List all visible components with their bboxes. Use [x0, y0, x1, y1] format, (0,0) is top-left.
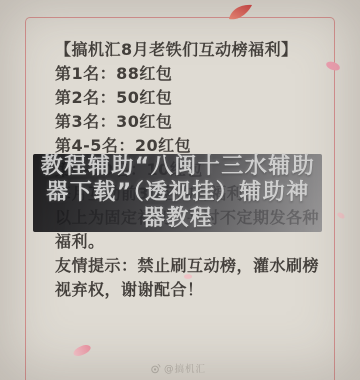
reward-line: 第1名：88红包 [55, 62, 315, 86]
reward-line: 第2名：50红包 [55, 86, 315, 110]
spam-overlay-line: 器下载”（透视挂）辅助神 [28, 180, 328, 206]
notice-line: 视弃权，谢谢配合！ [55, 278, 315, 302]
notice-line: 友情提示：禁止刷互动榜，灌水刷榜 [55, 254, 315, 278]
watermark: @搞机汇 [150, 361, 206, 375]
spam-overlay-line: 器教程 [28, 206, 328, 232]
reward-line: 第3名：30红包 [55, 110, 315, 134]
weibo-logo-icon [150, 363, 161, 374]
spam-overlay-line: 教程辅助“八闽十三水辅助 [28, 154, 328, 180]
card-title: 【搞机汇8月老铁们互动榜福利】 [55, 38, 315, 62]
reward-line: 福利。 [55, 230, 315, 254]
pink-petal-icon [336, 212, 345, 219]
watermark-handle: @搞机汇 [164, 361, 206, 375]
spam-overlay-text: 教程辅助“八闽十三水辅助 器下载”（透视挂）辅助神 器教程 [28, 154, 328, 232]
